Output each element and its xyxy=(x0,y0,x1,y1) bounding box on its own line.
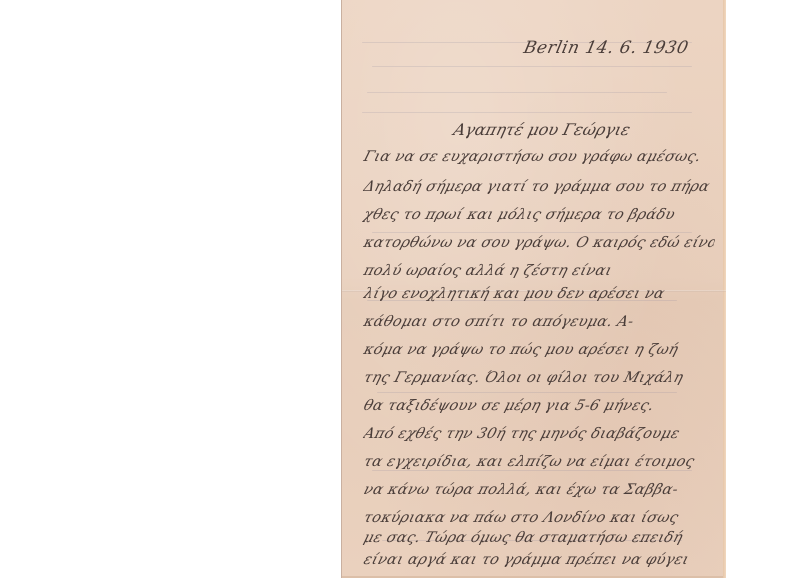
letter-line: με σας. Τώρα όμως θα σταματήσω επειδή xyxy=(361,529,716,547)
scan-canvas: Berlin 14. 6. 1930 Αγαπητέ μου Γεώργιε Γ… xyxy=(0,0,800,581)
letter-line: κάθομαι στο σπίτι το απόγευμα. Α- xyxy=(361,313,716,331)
letter-line: κόμα να γράψω το πώς μου αρέσει η ζωή xyxy=(361,341,716,359)
letter-line: χθες το πρωί και μόλις σήμερα το βράδυ xyxy=(361,206,716,224)
letter-line: θα ταξιδέψουν σε μέρη για 5-6 μήνες. xyxy=(361,397,716,415)
letter-line: λίγο ενοχλητική και μου δεν αρέσει να xyxy=(361,285,716,303)
letter-line: Δηλαδή σήμερα γιατί το γράμμα σου το πήρ… xyxy=(361,178,716,196)
letter-line: πολύ ωραίος αλλά η ζέστη είναι xyxy=(361,262,716,280)
letter-date: Berlin 14. 6. 1930 xyxy=(522,38,690,58)
handwritten-text: Berlin 14. 6. 1930 Αγαπητέ μου Γεώργιε Γ… xyxy=(342,0,726,578)
letter-line: είναι αργά και το γράμμα πρέπει να φύγει xyxy=(361,551,716,569)
letter-line: Από εχθές την 30ή της μηνός διαβάζουμε xyxy=(361,425,716,443)
letter-line: να κάνω τώρα πολλά, και έχω τα Σαββα- xyxy=(361,481,716,499)
letter-line: κατορθώνω να σου γράψω. Ο καιρός εδώ είν… xyxy=(361,234,716,252)
letter-line: τοκύριακα να πάω στο Λονδίνο και ίσως xyxy=(361,509,716,527)
letter-line: Για να σε ευχαριστήσω σου γράφω αμέσως. xyxy=(361,148,716,166)
letter-salutation: Αγαπητέ μου Γεώργιε xyxy=(452,120,633,139)
letter-page: Berlin 14. 6. 1930 Αγαπητέ μου Γεώργιε Γ… xyxy=(341,0,726,578)
letter-line: τα εγχειρίδια, και ελπίζω να είμαι έτοιμ… xyxy=(361,453,716,471)
letter-line: της Γερμανίας. Όλοι οι φίλοι του Μιχάλη xyxy=(361,369,716,387)
